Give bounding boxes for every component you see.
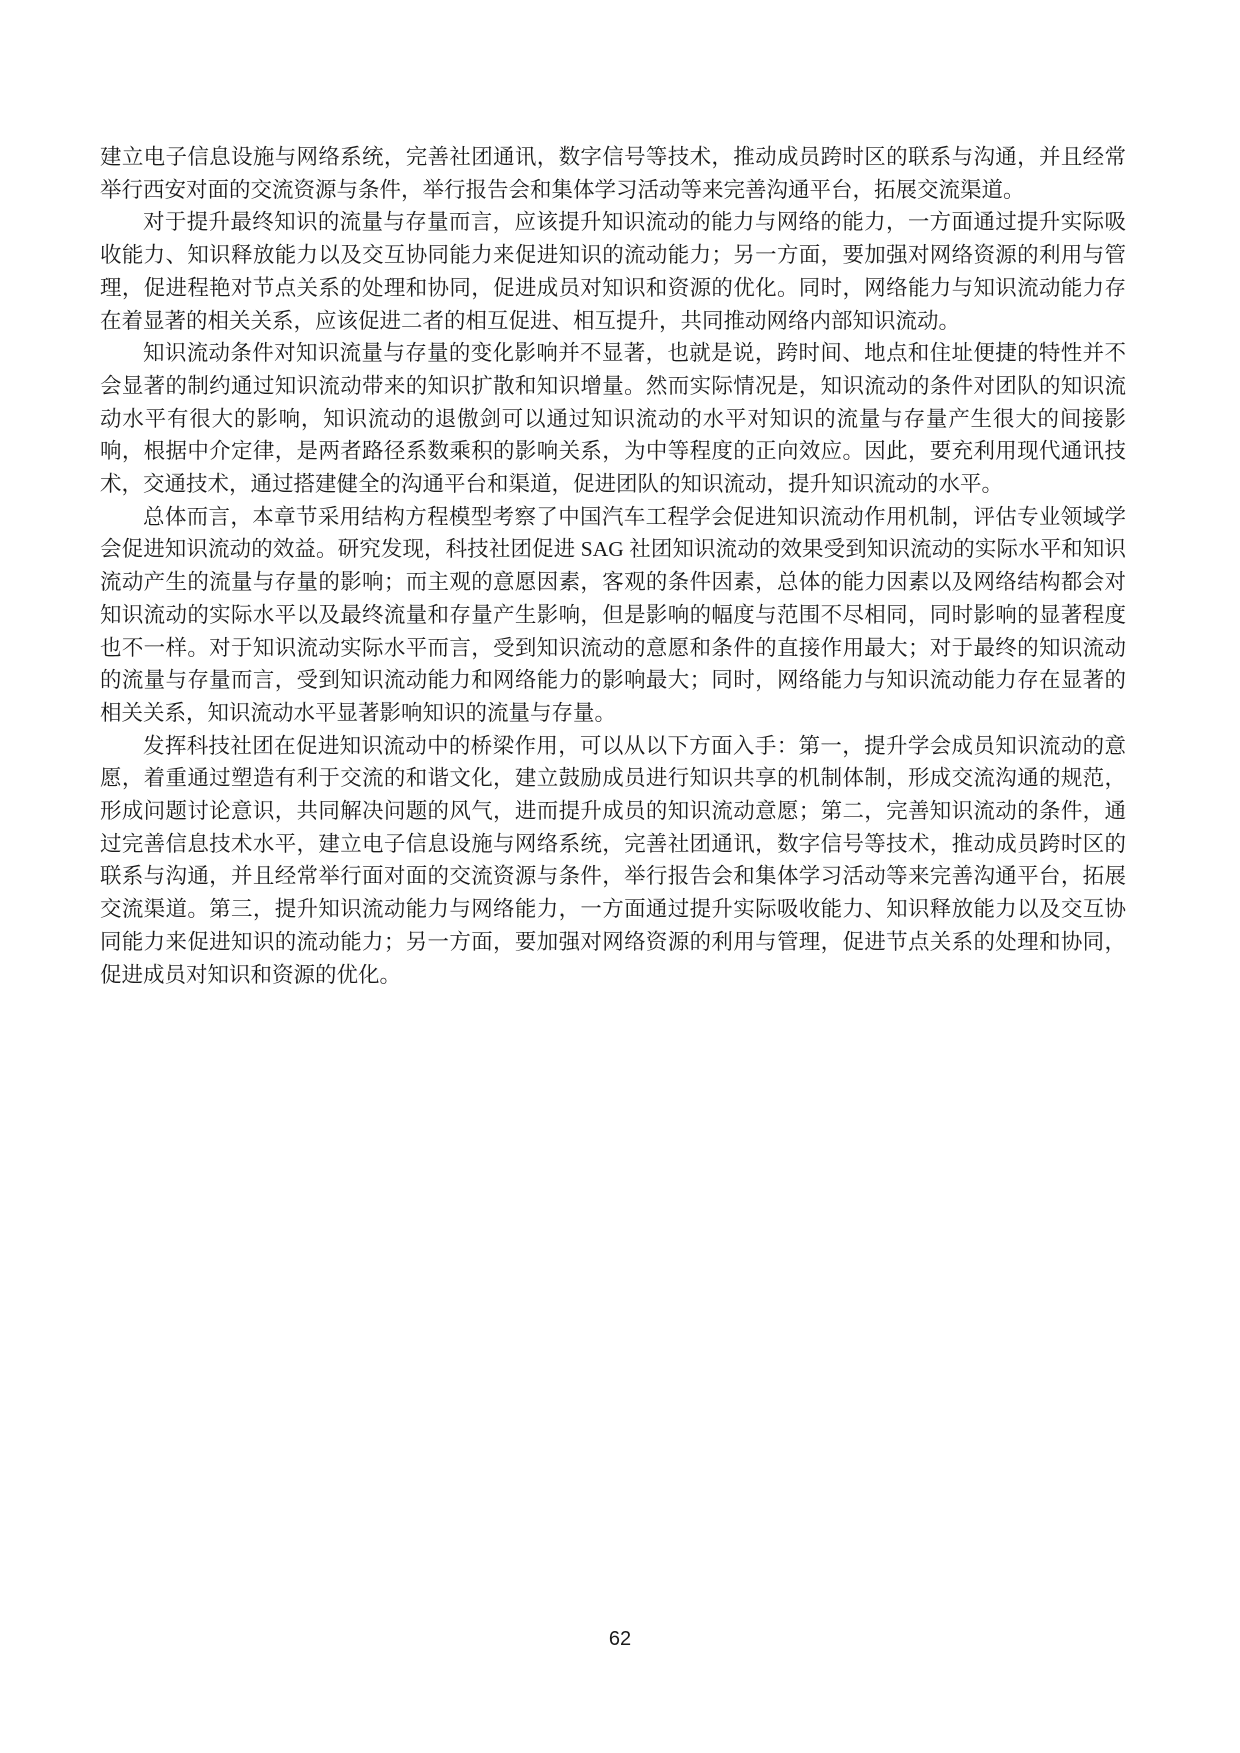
page-footer: 62	[0, 1628, 1240, 1651]
page-body: 建立电子信息设施与网络系统，完善社团通讯，数字信号等技术，推动成员跨时区的联系与…	[100, 141, 1126, 991]
document-page: 建立电子信息设施与网络系统，完善社团通讯，数字信号等技术，推动成员跨时区的联系与…	[0, 0, 1240, 1753]
paragraph: 知识流动条件对知识流量与存量的变化影响并不显著，也就是说，跨时间、地点和住址便捷…	[100, 337, 1126, 501]
page-number: 62	[609, 1628, 631, 1650]
paragraph: 发挥科技社团在促进知识流动中的桥梁作用，可以从以下方面入手：第一，提升学会成员知…	[100, 730, 1126, 992]
paragraph: 建立电子信息设施与网络系统，完善社团通讯，数字信号等技术，推动成员跨时区的联系与…	[100, 141, 1126, 206]
paragraph: 对于提升最终知识的流量与存量而言，应该提升知识流动的能力与网络的能力，一方面通过…	[100, 206, 1126, 337]
paragraph: 总体而言，本章节采用结构方程模型考察了中国汽车工程学会促进知识流动作用机制，评估…	[100, 501, 1126, 730]
